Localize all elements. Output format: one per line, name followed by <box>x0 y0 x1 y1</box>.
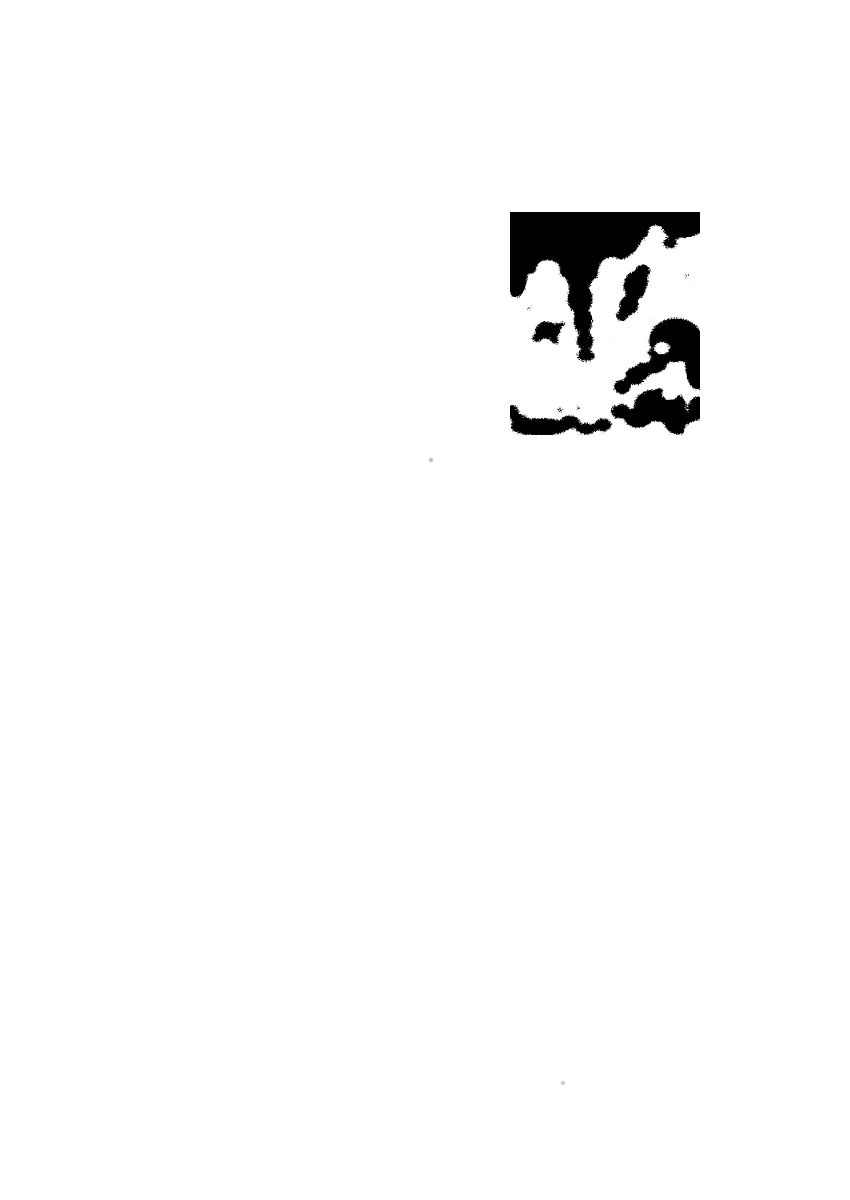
photo-grain-layer <box>510 212 700 435</box>
scan-speck <box>561 1081 565 1085</box>
halftone-photograph <box>510 212 700 435</box>
scan-speck <box>429 458 433 462</box>
halftone-photo-image <box>510 212 700 435</box>
scanned-page <box>0 0 850 1200</box>
